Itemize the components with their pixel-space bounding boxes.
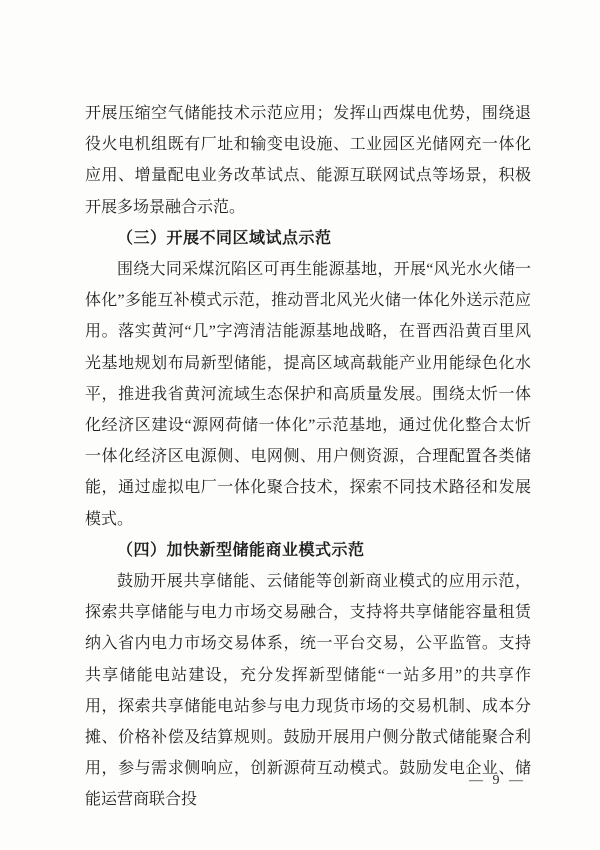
paragraph-business-model: 鼓励开展共享储能、云储能等创新商业模式的应用示范，探索共享储能与电力市场交易融合… (85, 566, 531, 816)
document-page: 开展压缩空气储能技术示范应用；发挥山西煤电优势，围绕退役火电机组既有厂址和输变电… (0, 0, 600, 850)
section-heading-four: （四）加快新型储能商业模式示范 (85, 535, 531, 566)
page-number: — 9 — (469, 773, 526, 789)
paragraph-regional-pilot: 围绕大同采煤沉陷区可再生能源基地，开展“风光水火储一体化”多能互补模式示范，推动… (85, 254, 531, 535)
section-heading-three: （三）开展不同区域试点示范 (85, 223, 531, 254)
paragraph-continuation: 开展压缩空气储能技术示范应用；发挥山西煤电优势，围绕退役火电机组既有厂址和输变电… (85, 98, 531, 223)
document-body: 开展压缩空气储能技术示范应用；发挥山西煤电优势，围绕退役火电机组既有厂址和输变电… (85, 98, 531, 816)
